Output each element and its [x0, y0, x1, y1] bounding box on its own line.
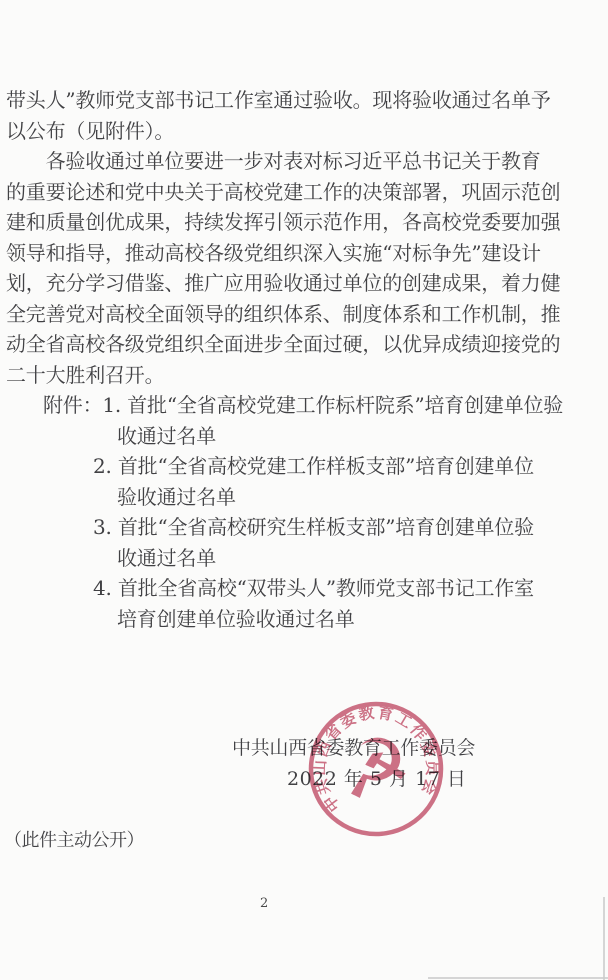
text-line: 带头人”教师党支部书记工作室通过验收。现将验收通过名单予 [6, 85, 576, 116]
text-line: 各验收通过单位要进一步对表对标习近平总书记关于教育 [6, 146, 576, 177]
text-line: 收通过名单 [117, 421, 576, 452]
text-line: 动全省高校各级党组织全面进步全面过硬，以优异成绩迎接党的 [6, 329, 576, 360]
text-line: 二十大胜利召开。 [6, 360, 576, 391]
text-line: 验收通过名单 [117, 482, 576, 513]
text-line: 的重要论述和党中央关于高校党建工作的决策部署，巩固示范创 [6, 177, 576, 208]
text-line: 全完善党对高校全面领导的组织体系、制度体系和工作机制，推 [6, 299, 576, 330]
page-number: 2 [260, 896, 268, 911]
scan-edge-right [603, 897, 605, 980]
text-line: 4. 首批全省高校“双带头人”教师党支部书记工作室 [93, 573, 576, 604]
body-text: 带头人”教师党支部书记工作室通过验收。现将验收通过名单予以公布（见附件）。 各验… [6, 85, 576, 634]
text-line: 收通过名单 [117, 543, 576, 574]
hammer-sickle-icon: ☭ [334, 719, 417, 819]
text-line: 培育创建单位验收通过名单 [117, 604, 576, 635]
footer-note: （此件主动公开） [4, 826, 144, 852]
text-line: 建和质量创优成果，持续发挥引领示范作用，各高校党委要加强 [6, 207, 576, 238]
text-line: 以公布（见附件）。 [6, 116, 576, 147]
text-line: 划，充分学习借鉴、推广应用验收通过单位的创建成果，着力健 [6, 268, 576, 299]
document-page: 带头人”教师党支部书记工作室通过验收。现将验收通过名单予以公布（见附件）。 各验… [0, 0, 608, 980]
text-line: 附件：1. 首批“全省高校党建工作标杆院系”培育创建单位验 [43, 390, 576, 421]
text-line: 领导和指导，推动高校各级党组织深入实施“对标争先”建设计 [6, 238, 576, 269]
official-seal: 中共山西省委教育工作委员会 ☭ [292, 685, 459, 852]
text-line: 2. 首批“全省高校党建工作样板支部”培育创建单位 [93, 451, 576, 482]
text-line: 3. 首批“全省高校研究生样板支部”培育创建单位验 [93, 512, 576, 543]
scan-edge-bottom [428, 977, 608, 979]
